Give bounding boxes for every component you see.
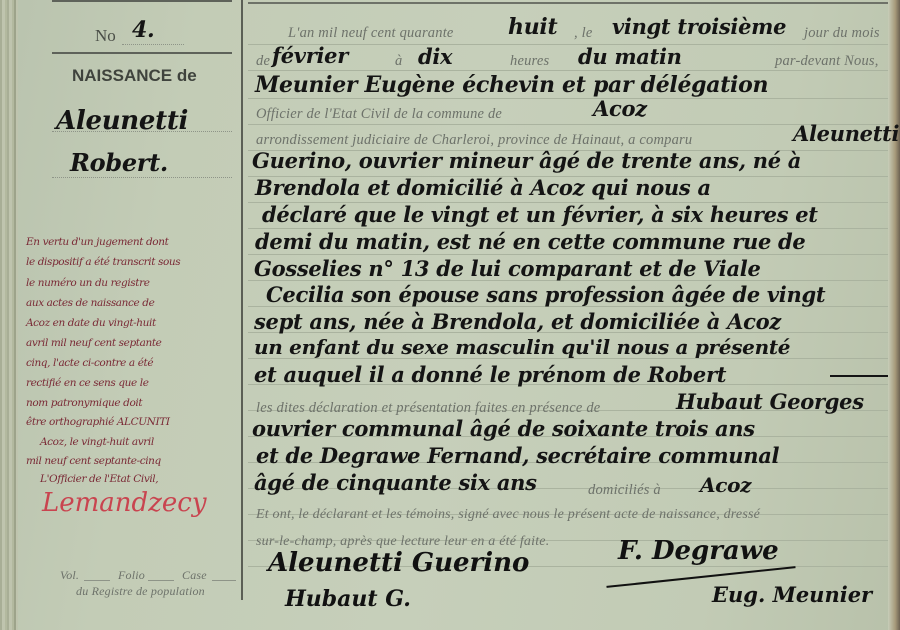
hand-day: vingt troisième xyxy=(612,14,786,39)
hand-line: Brendola et domicilié à Acoz qui nous a xyxy=(255,175,711,200)
hand-line: déclaré que le vingt et un février, à si… xyxy=(262,202,818,227)
case-label: Case xyxy=(182,568,207,583)
top-rule xyxy=(248,2,888,4)
hand-line: Cecilia son épouse sans profession âgée … xyxy=(266,282,825,307)
hand-month: février xyxy=(272,43,348,68)
folio-label: Folio xyxy=(118,568,145,583)
fill-stroke xyxy=(830,375,888,377)
hand-father-surname: Aleunetti xyxy=(793,121,899,146)
printed-de: de xyxy=(256,53,270,70)
register-label: du Registre de population xyxy=(76,584,205,599)
signature-witness2: F. Degrawe xyxy=(618,536,779,566)
printed-par-devant-nous: par-devant Nous, xyxy=(775,53,879,70)
red-signature: Lemandzecy xyxy=(42,488,207,518)
annotation-line: être orthographié ALCUNITI xyxy=(26,416,170,428)
annotation-line: aux actes de naissance de xyxy=(26,297,154,309)
hand-line: et auquel il a donné le prénom de Robert xyxy=(254,362,726,387)
annotation-line: L'Officier de l'Etat Civil, xyxy=(40,473,158,485)
hand-line: sept ans, née à Brendola, et domiciliée … xyxy=(254,309,781,334)
annotation-line: Acoz en date du vingt-huit xyxy=(26,317,156,329)
ruled-line xyxy=(248,70,888,71)
number-label: No xyxy=(95,26,116,46)
hand-hour: dix xyxy=(418,44,452,69)
record-number: 4. xyxy=(132,17,154,43)
folio-blank xyxy=(148,580,174,581)
page-edge xyxy=(888,0,900,630)
printed-year-prefix: L'an mil neuf cent quarante xyxy=(288,25,454,42)
ruled-line xyxy=(248,254,888,255)
annotation-line: le dispositif a été transcrit sous xyxy=(26,256,180,268)
annotation-line: le numéro un du registre xyxy=(26,277,150,289)
printed-arrondissement: arrondissement judiciaire de Charleroi, … xyxy=(256,132,692,149)
signature-witness1: Hubaut G. xyxy=(285,586,411,612)
ruled-line xyxy=(248,98,888,99)
annotation-line: Acoz, le vingt-huit avril xyxy=(40,436,154,448)
case-blank xyxy=(212,580,236,581)
hand-witness1: Hubaut Georges xyxy=(676,389,864,414)
hand-commune: Acoz xyxy=(593,96,647,121)
binding-edge xyxy=(14,0,16,630)
number-dotline xyxy=(122,44,184,45)
hand-line: demi du matin, est né en cette commune r… xyxy=(255,229,806,254)
printed-a: à xyxy=(395,53,402,70)
annotation-line: En vertu d'un jugement dont xyxy=(26,236,168,248)
vol-blank xyxy=(84,580,110,581)
hand-officer: Meunier Eugène échevin et par délégation xyxy=(255,72,768,98)
hand-year: huit xyxy=(508,14,557,40)
closing-line-1: Et ont, le déclarant et les témoins, sig… xyxy=(256,507,760,523)
annotation-line: cinq, l'acte ci-contre a été xyxy=(26,357,153,369)
margin-top-rule xyxy=(52,0,232,2)
printed-jour-du-mois: jour du mois xyxy=(804,25,880,42)
hand-line: Guerino, ouvrier mineur âgé de trente an… xyxy=(252,148,801,173)
surname-dotline xyxy=(52,131,232,132)
witness-line: âgé de cinquante six ans xyxy=(254,470,537,495)
annotation-line: avril mil neuf cent septante xyxy=(26,337,161,349)
witness-line: et de Degrawe Fernand, secrétaire commun… xyxy=(256,443,779,468)
printed-domicilies: domiciliés à xyxy=(588,482,661,499)
margin-rule xyxy=(52,52,232,54)
printed-presence: les dites déclaration et présentation fa… xyxy=(256,400,600,417)
printed-le: , le xyxy=(574,25,593,42)
given-name-dotline xyxy=(52,177,232,178)
signature-declarant: Aleunetti Guerino xyxy=(268,548,529,578)
hand-period: du matin xyxy=(578,44,682,69)
annotation-line: nom patronymique doit xyxy=(26,397,142,409)
hand-domicile: Acoz xyxy=(700,473,751,497)
margin-given-name: Robert. xyxy=(70,148,168,177)
signature-officer: Eug. Meunier xyxy=(712,582,872,607)
printed-officier: Officier de l'Etat Civil de la commune d… xyxy=(256,106,502,123)
ruled-line xyxy=(248,124,888,125)
annotation-line: mil neuf cent septante-cinq xyxy=(26,455,161,467)
annotation-line: rectifié en ce sens que le xyxy=(26,377,149,389)
column-divider xyxy=(241,0,243,600)
register-page: No 4. NAISSANCE de Aleunetti Robert. En … xyxy=(0,0,900,630)
printed-heures: heures xyxy=(510,53,549,70)
naissance-heading: NAISSANCE de xyxy=(72,66,197,86)
witness-line: ouvrier communal âgé de soixante trois a… xyxy=(252,416,755,441)
vol-label: Vol. xyxy=(60,568,79,583)
hand-line: un enfant du sexe masculin qu'il nous a … xyxy=(254,335,790,359)
hand-line: Gosselies n° 13 de lui comparant et de V… xyxy=(254,256,761,281)
